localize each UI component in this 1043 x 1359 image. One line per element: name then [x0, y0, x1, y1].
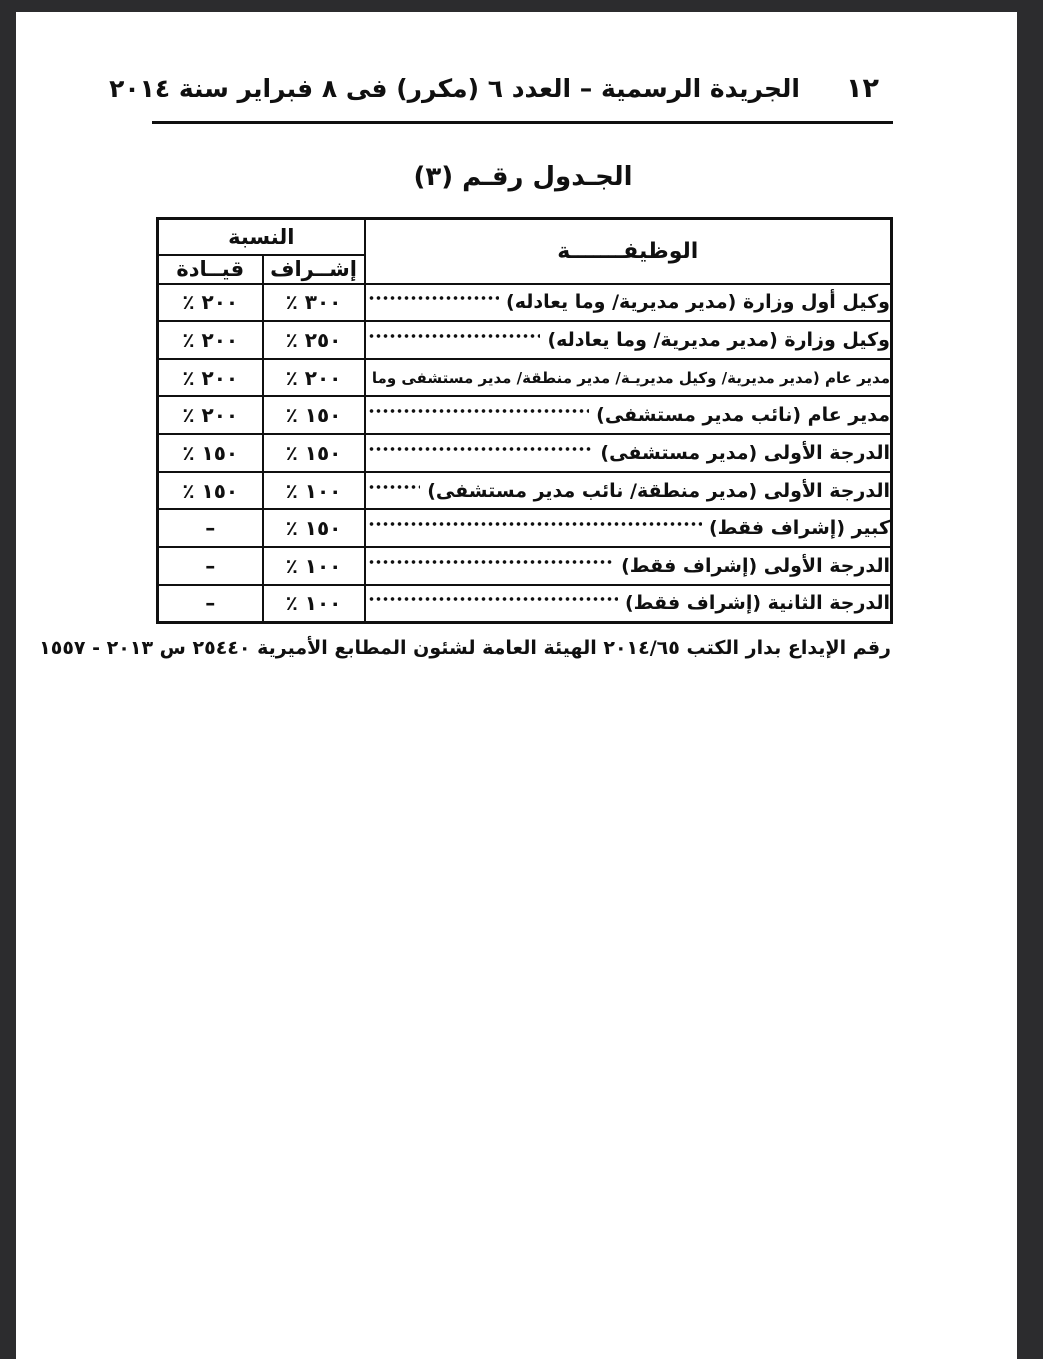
job-title: مدير عام (مدير مديرية/ وكيل مديريـة/ مدي…: [365, 369, 891, 387]
table-header-row-1: الوظيفـــــــة النسبة: [158, 219, 892, 255]
leadership-value: ٢٠٠ ٪: [158, 396, 263, 434]
supervision-value: ٢٠٠ ٪: [263, 359, 365, 397]
supervision-value: ٣٠٠ ٪: [263, 284, 365, 322]
table-row: مدير عام (مدير مديرية/ وكيل مديريـة/ مدي…: [158, 359, 892, 397]
job-title: كبير (إشراف فقط): [709, 517, 890, 539]
dotted-leader: [368, 555, 615, 569]
supervision-value: ١٠٠ ٪: [263, 585, 365, 623]
page-number: ١٢: [846, 73, 879, 104]
job-title: مدير عام (نائب مدير مستشفى): [596, 404, 890, 426]
allowance-table: الوظيفـــــــة النسبة إشــراف قيــادة وك…: [156, 217, 893, 624]
leadership-value: ٢٠٠ ٪: [158, 321, 263, 359]
job-title: الدرجة الأولى (إشراف فقط): [621, 555, 890, 577]
dotted-leader: [368, 329, 541, 343]
page-header: الجريدة الرسمية – العدد ٦ (مكرر) فى ٨ فب…: [152, 70, 893, 116]
column-header-job: الوظيفـــــــة: [365, 219, 892, 284]
gazette-title: الجريدة الرسمية – العدد ٦ (مكرر) فى ٨ فب…: [109, 74, 800, 103]
supervision-value: ١٥٠ ٪: [263, 509, 365, 547]
table-row: الدرجة الأولى (مدير منطقة/ نائب مدير مست…: [158, 472, 892, 510]
scan-margin-top: [0, 0, 1043, 12]
table-row: كبير (إشراف فقط) ١٥٠ ٪ –: [158, 509, 892, 547]
job-title: وكيل وزارة (مدير مديرية/ وما يعادله): [547, 329, 890, 351]
column-header-ratio: النسبة: [158, 219, 365, 255]
column-header-supervision: إشــراف: [263, 255, 365, 284]
dotted-leader: [368, 404, 590, 418]
table-row: وكيل أول وزارة (مدير مديرية/ وما يعادله)…: [158, 284, 892, 322]
dotted-leader: [368, 480, 421, 494]
dotted-leader: [368, 442, 594, 456]
supervision-value: ١٥٠ ٪: [263, 396, 365, 434]
column-header-leadership: قيــادة: [158, 255, 263, 284]
supervision-value: ١٠٠ ٪: [263, 547, 365, 585]
dotted-leader: [368, 517, 702, 531]
leadership-value: –: [158, 585, 263, 623]
job-title: وكيل أول وزارة (مدير مديرية/ وما يعادله): [506, 291, 890, 313]
leadership-value: ٢٠٠ ٪: [158, 284, 263, 322]
job-title: الدرجة الأولى (مدير مستشفى): [600, 442, 890, 464]
scanned-gazette-page: { "header": { "page_number": "١٢", "gaze…: [0, 0, 1043, 1359]
table-row: الدرجة الأولى (إشراف فقط) ١٠٠ ٪ –: [158, 547, 892, 585]
table-row: الدرجة الأولى (مدير مستشفى) ١٥٠ ٪ ١٥٠ ٪: [158, 434, 892, 472]
job-title: الدرجة الثانية (إشراف فقط): [625, 592, 890, 614]
job-title: الدرجة الأولى (مدير منطقة/ نائب مدير مست…: [427, 480, 890, 502]
supervision-value: ١٥٠ ٪: [263, 434, 365, 472]
header-rule: [152, 121, 893, 124]
supervision-value: ٢٥٠ ٪: [263, 321, 365, 359]
dotted-leader: [368, 291, 500, 305]
table-row: الدرجة الثانية (إشراف فقط) ١٠٠ ٪ –: [158, 585, 892, 623]
scan-margin-right: [1017, 0, 1043, 1359]
leadership-value: –: [158, 509, 263, 547]
leadership-value: ٢٠٠ ٪: [158, 359, 263, 397]
scan-margin-left: [0, 0, 16, 1359]
dotted-leader: [368, 592, 619, 606]
table-title: الجـدول رقـم (٣): [156, 162, 890, 192]
supervision-value: ١٠٠ ٪: [263, 472, 365, 510]
leadership-value: –: [158, 547, 263, 585]
table-row: وكيل وزارة (مدير مديرية/ وما يعادله) ٢٥٠…: [158, 321, 892, 359]
leadership-value: ١٥٠ ٪: [158, 472, 263, 510]
leadership-value: ١٥٠ ٪: [158, 434, 263, 472]
deposit-number-line: رقم الإيداع بدار الكتب ٢٠١٤/٦٥ الهيئة ال…: [151, 633, 891, 663]
table-row: مدير عام (نائب مدير مستشفى) ١٥٠ ٪ ٢٠٠ ٪: [158, 396, 892, 434]
